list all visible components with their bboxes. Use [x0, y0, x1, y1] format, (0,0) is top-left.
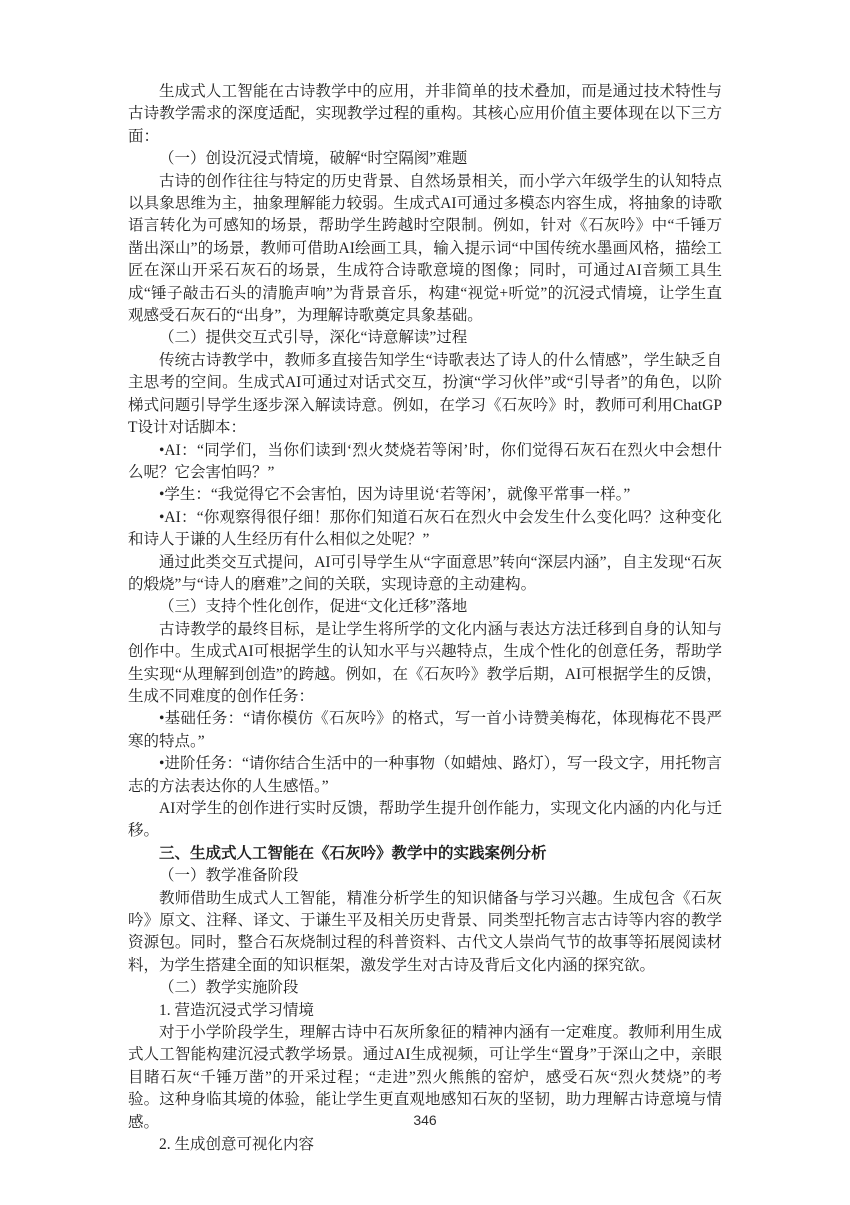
paragraph: 教师借助生成式人工智能，精准分析学生的知识储备与学习兴趣。生成包含《石灰吟》原文… — [128, 888, 722, 978]
paragraph: （一）教学准备阶段 — [128, 865, 722, 887]
paragraph: •基础任务：“请你模仿《石灰吟》的格式，写一首小诗赞美梅花，体现梅花不畏严寒的特… — [128, 708, 722, 753]
paragraph: 古诗教学的最终目标，是让学生将所学的文化内涵与表达方法迁移到自身的认知与创作中。… — [128, 619, 722, 709]
document-page: 生成式人工智能在古诗教学中的应用，并非简单的技术叠加，而是通过技术特性与古诗教学… — [0, 0, 850, 1205]
paragraph: 1. 营造沉浸式学习情境 — [128, 1000, 722, 1022]
paragraph: 通过此类交互式提问，AI可引导学生从“字面意思”转向“深层内涵”，自主发现“石灰… — [128, 552, 722, 597]
document-body: 生成式人工智能在古诗教学中的应用，并非简单的技术叠加，而是通过技术特性与古诗教学… — [128, 81, 722, 1157]
paragraph: •进阶任务：“请你结合生活中的一种事物（如蜡烛、路灯），写一段文字，用托物言志的… — [128, 753, 722, 798]
paragraph: （一）创设沉浸式情境，破解“时空隔阂”难题 — [128, 148, 722, 170]
paragraph: （三）支持个性化创作，促进“文化迁移”落地 — [128, 596, 722, 618]
section-heading: 三、生成式人工智能在《石灰吟》教学中的实践案例分析 — [128, 843, 722, 865]
paragraph: •AI：“同学们，当你们读到‘烈火焚烧若等闲’时，你们觉得石灰石在烈火中会想什么… — [128, 440, 722, 485]
paragraph: 古诗的创作往往与特定的历史背景、自然场景相关，而小学六年级学生的认知特点以具象思… — [128, 171, 722, 328]
page-number: 346 — [0, 1112, 850, 1128]
paragraph: 生成式人工智能在古诗教学中的应用，并非简单的技术叠加，而是通过技术特性与古诗教学… — [128, 81, 722, 148]
paragraph: （二）提供交互式引导，深化“诗意解读”过程 — [128, 327, 722, 349]
paragraph: •AI：“你观察得很仔细！那你们知道石灰石在烈火中会发生什么变化吗？这种变化和诗… — [128, 507, 722, 552]
paragraph: AI对学生的创作进行实时反馈，帮助学生提升创作能力，实现文化内涵的内化与迁移。 — [128, 798, 722, 843]
paragraph: 2. 生成创意可视化内容 — [128, 1134, 722, 1156]
paragraph: （二）教学实施阶段 — [128, 977, 722, 999]
paragraph: 传统古诗教学中，教师多直接告知学生“诗歌表达了诗人的什么情感”，学生缺乏自主思考… — [128, 350, 722, 440]
paragraph: •学生：“我觉得它不会害怕，因为诗里说‘若等闲’，就像平常事一样。” — [128, 484, 722, 506]
